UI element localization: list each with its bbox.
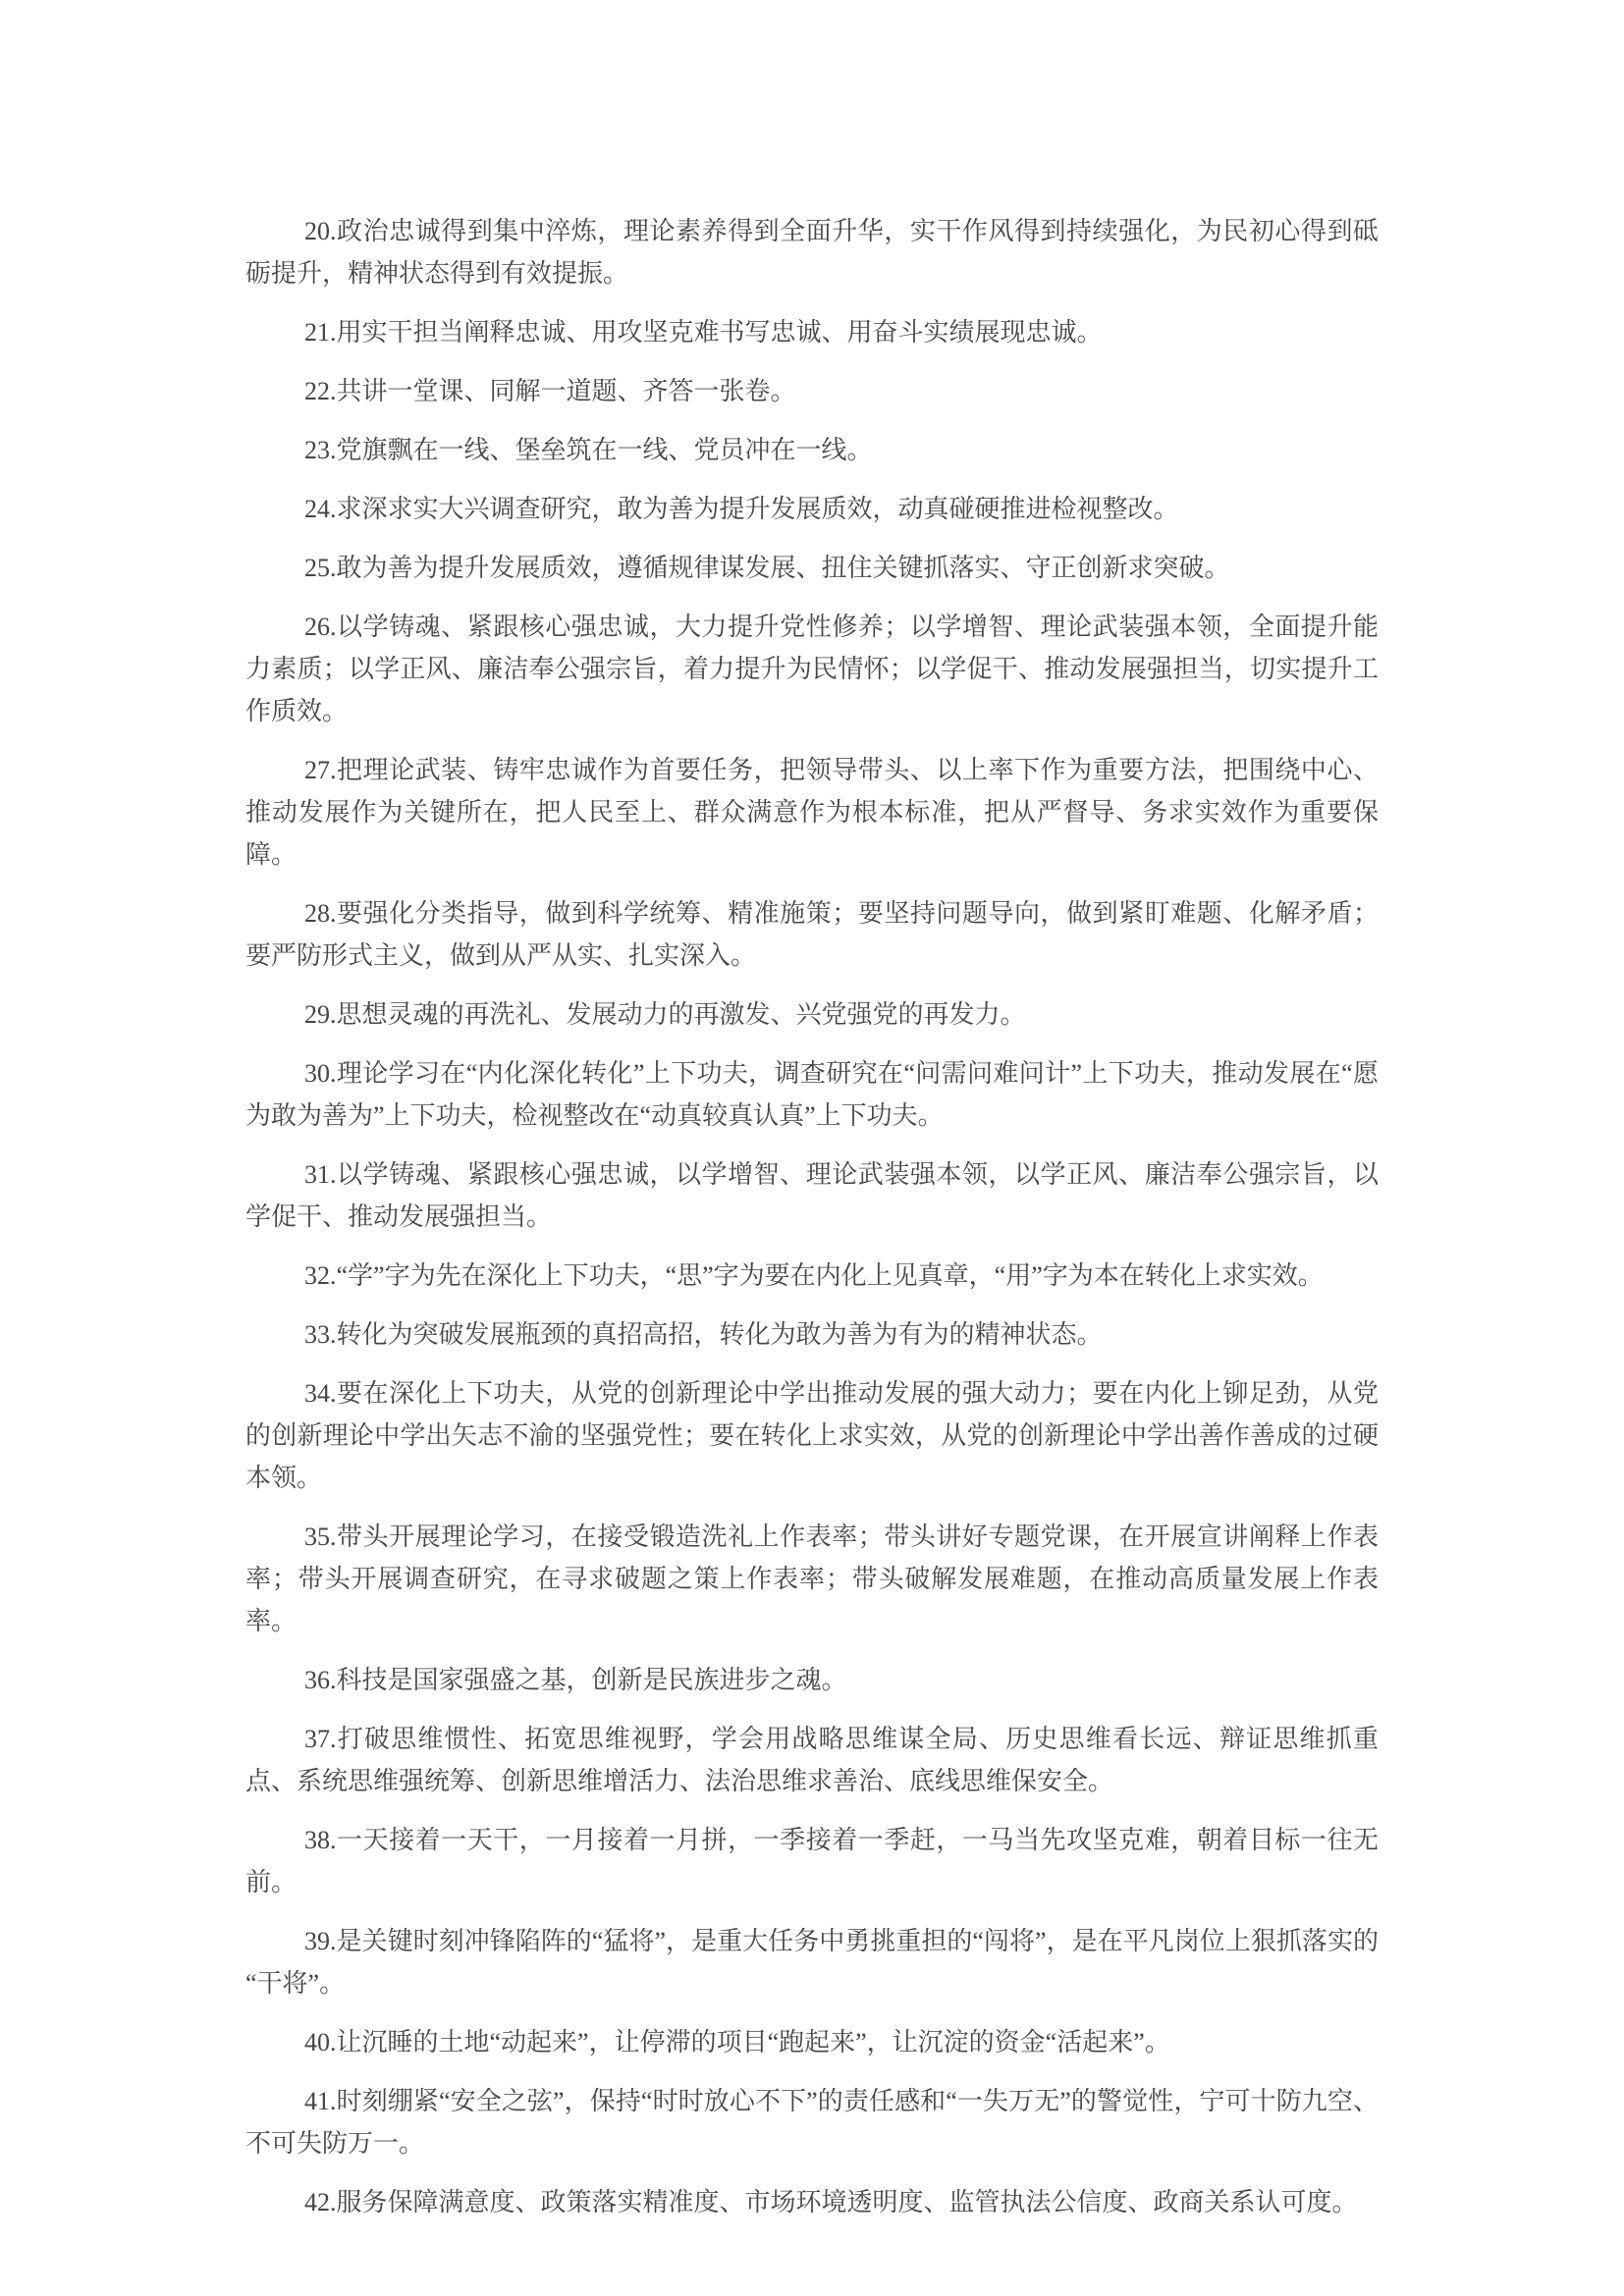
- numbered-paragraph: 37.打破思维惯性、拓宽思维视野，学会用战略思维谋全局、历史思维看长远、辩证思维…: [245, 1718, 1379, 1802]
- numbered-paragraph: 42.服务保障满意度、政策落实精准度、市场环境透明度、监管执法公信度、政商关系认…: [245, 2181, 1379, 2223]
- numbered-paragraph: 38.一天接着一天干，一月接着一月拼，一季接着一季赶，一马当先攻坚克难，朝着目标…: [245, 1819, 1379, 1903]
- numbered-paragraph: 41.时刻绷紧“安全之弦”，保持“时时放心不下”的责任感和“一失万无”的警觉性，…: [245, 2080, 1379, 2164]
- numbered-paragraph: 24.求深求实大兴调查研究，敢为善为提升发展质效，动真碰硬推进检视整改。: [245, 488, 1379, 530]
- numbered-paragraph: 33.转化为突破发展瓶颈的真招高招，转化为敢为善为有为的精神状态。: [245, 1313, 1379, 1356]
- document-page: 20.政治忠诚得到集中淬炼，理论素养得到全面升华，实干作风得到持续强化，为民初心…: [0, 0, 1624, 2296]
- numbered-paragraph: 39.是关键时刻冲锋陷阵的“猛将”，是重大任务中勇挑重担的“闯将”，是在平凡岗位…: [245, 1920, 1379, 2004]
- numbered-paragraph: 32.“学”字为先在深化上下功夫，“思”字为要在内化上见真章，“用”字为本在转化…: [245, 1255, 1379, 1297]
- numbered-paragraph: 35.带头开展理论学习，在接受锻造洗礼上作表率；带头讲好专题党课，在开展宣讲阐释…: [245, 1516, 1379, 1642]
- document-text-block: 20.政治忠诚得到集中淬炼，理论素养得到全面升华，实干作风得到持续强化，为民初心…: [245, 210, 1379, 2223]
- numbered-paragraph: 36.科技是国家强盛之基，创新是民族进步之魂。: [245, 1659, 1379, 1701]
- numbered-paragraph: 23.党旗飘在一线、堡垒筑在一线、党员冲在一线。: [245, 429, 1379, 471]
- numbered-paragraph: 27.把理论武装、铸牢忠诚作为首要任务，把领导带头、以上率下作为重要方法，把围绕…: [245, 749, 1379, 876]
- numbered-paragraph: 26.以学铸魂、紧跟核心强忠诚，大力提升党性修养；以学增智、理论武装强本领，全面…: [245, 606, 1379, 732]
- numbered-paragraph: 31.以学铸魂、紧跟核心强忠诚，以学增智、理论武装强本领，以学正风、廉洁奉公强宗…: [245, 1153, 1379, 1238]
- numbered-paragraph: 30.理论学习在“内化深化转化”上下功夫，调查研究在“问需问难问计”上下功夫，推…: [245, 1052, 1379, 1137]
- numbered-paragraph: 20.政治忠诚得到集中淬炼，理论素养得到全面升华，实干作风得到持续强化，为民初心…: [245, 210, 1379, 294]
- numbered-paragraph: 34.要在深化上下功夫，从党的创新理论中学出推动发展的强大动力；要在内化上铆足劲…: [245, 1372, 1379, 1499]
- numbered-paragraph: 28.要强化分类指导，做到科学统筹、精准施策；要坚持问题导向，做到紧盯难题、化解…: [245, 892, 1379, 977]
- numbered-paragraph: 21.用实干担当阐释忠诚、用攻坚克难书写忠诚、用奋斗实绩展现忠诚。: [245, 311, 1379, 353]
- numbered-paragraph: 29.思想灵魂的再洗礼、发展动力的再激发、兴党强党的再发力。: [245, 993, 1379, 1036]
- numbered-paragraph: 25.敢为善为提升发展质效，遵循规律谋发展、扭住关键抓落实、守正创新求突破。: [245, 547, 1379, 589]
- numbered-paragraph: 40.让沉睡的土地“动起来”，让停滞的项目“跑起来”，让沉淀的资金“活起来”。: [245, 2021, 1379, 2063]
- numbered-paragraph: 22.共讲一堂课、同解一道题、齐答一张卷。: [245, 370, 1379, 412]
